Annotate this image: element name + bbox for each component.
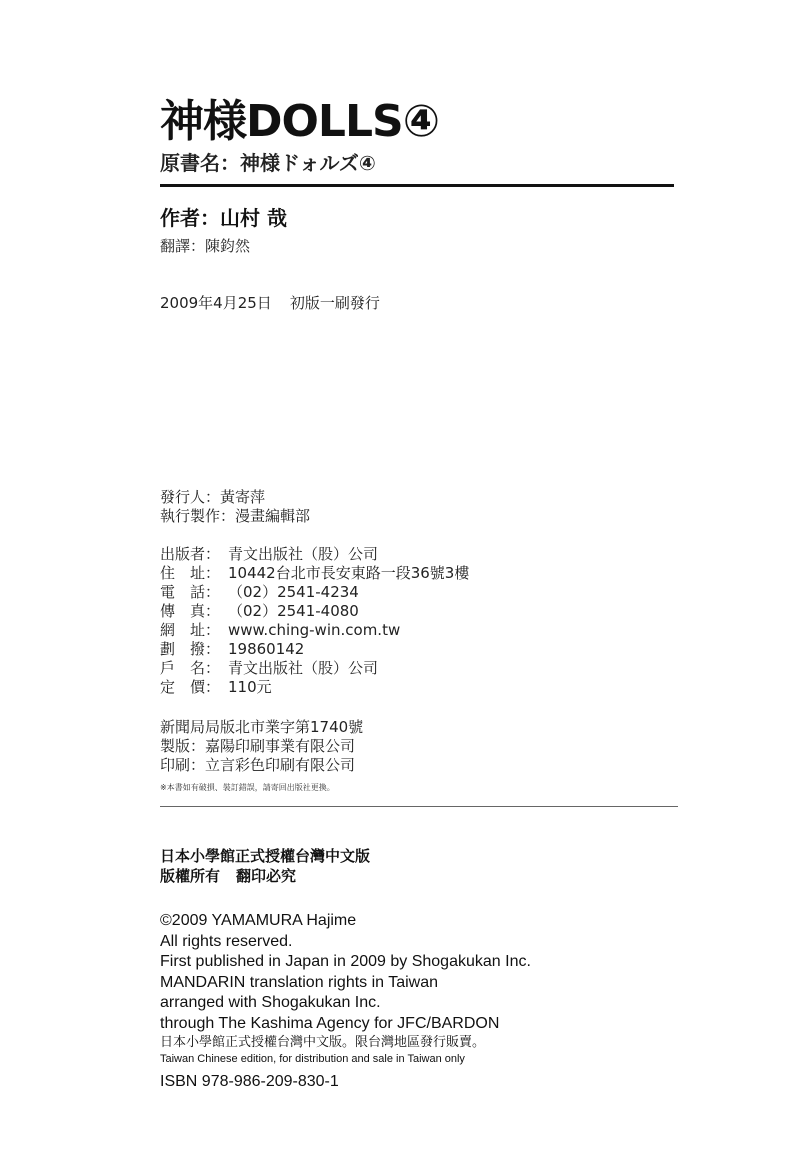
- copyright-line: First published in Japan in 2009 by Shog…: [160, 952, 531, 973]
- copyright-line: ©2009 YAMAMURA Hajime: [160, 911, 531, 932]
- official-license-block: 日本小學館正式授權台灣中文版 版權所有翻印必究: [160, 846, 370, 886]
- publisher-info-block: 出版者：青文出版社（股）公司 住 址：10442台北市長安東路一段36號3樓 電…: [160, 545, 469, 697]
- copyright-line: arranged with Shogakukan Inc.: [160, 993, 531, 1014]
- copyright-line: MANDARIN translation rights in Taiwan: [160, 973, 531, 994]
- edition-date: 2009年4月25日: [160, 294, 272, 312]
- edition-line: 2009年4月25日初版一刷發行: [160, 293, 380, 313]
- license-block: 新聞局局版北市業字第1740號 製版：嘉陽印刷事業有限公司 印刷：立言彩色印刷有…: [160, 718, 363, 775]
- copyright-block: ©2009 YAMAMURA Hajime All rights reserve…: [160, 911, 531, 1066]
- isbn: ISBN 978-986-209-830-1: [160, 1072, 339, 1092]
- info-publisher: 出版者：青文出版社（股）公司: [160, 545, 469, 564]
- website-link[interactable]: www.ching-win.com.tw: [228, 621, 400, 639]
- printer: 印刷：立言彩色印刷有限公司: [160, 756, 363, 775]
- info-postal-account: 劃 撥：19860142: [160, 640, 469, 659]
- info-fax: 傳 真：（02）2541-4080: [160, 602, 469, 621]
- info-phone: 電 話：（02）2541-4234: [160, 583, 469, 602]
- info-account-name: 戶 名：青文出版社（股）公司: [160, 659, 469, 678]
- translator: 翻譯：陳鈞然: [160, 236, 250, 256]
- official-license-line: 日本小學館正式授權台灣中文版: [160, 846, 370, 866]
- copyright-cn-line: 日本小學館正式授權台灣中文版。限台灣地區發行販賣。: [160, 1034, 531, 1052]
- publisher-person: 發行人：黃寄萍: [160, 488, 310, 507]
- rights-line: 版權所有翻印必究: [160, 866, 370, 886]
- book-title: 神様DOLLS④: [160, 95, 439, 149]
- info-price: 定 價：110元: [160, 678, 469, 697]
- edition-label: 初版一刷發行: [290, 294, 380, 312]
- author: 作者：山村 哉: [160, 205, 287, 231]
- copyright-line: All rights reserved.: [160, 932, 531, 953]
- info-website: 網 址：www.ching-win.com.tw: [160, 621, 469, 640]
- production-dept: 執行製作：漫畫編輯部: [160, 507, 310, 526]
- damage-notice: ※本書如有破損、裝訂錯誤，請寄回出版社更換。: [160, 783, 335, 793]
- license-number: 新聞局局版北市業字第1740號: [160, 718, 363, 737]
- credits-block: 發行人：黃寄萍 執行製作：漫畫編輯部: [160, 488, 310, 526]
- copyright-line: through The Kashima Agency for JFC/BARDO…: [160, 1014, 531, 1035]
- info-address: 住 址：10442台北市長安東路一段36號3樓: [160, 564, 469, 583]
- section-divider: [160, 806, 678, 807]
- plate-maker: 製版：嘉陽印刷事業有限公司: [160, 737, 363, 756]
- distribution-notice: Taiwan Chinese edition, for distribution…: [160, 1052, 531, 1066]
- title-divider: [160, 184, 674, 187]
- original-title: 原書名：神様ドォルズ④: [160, 150, 376, 176]
